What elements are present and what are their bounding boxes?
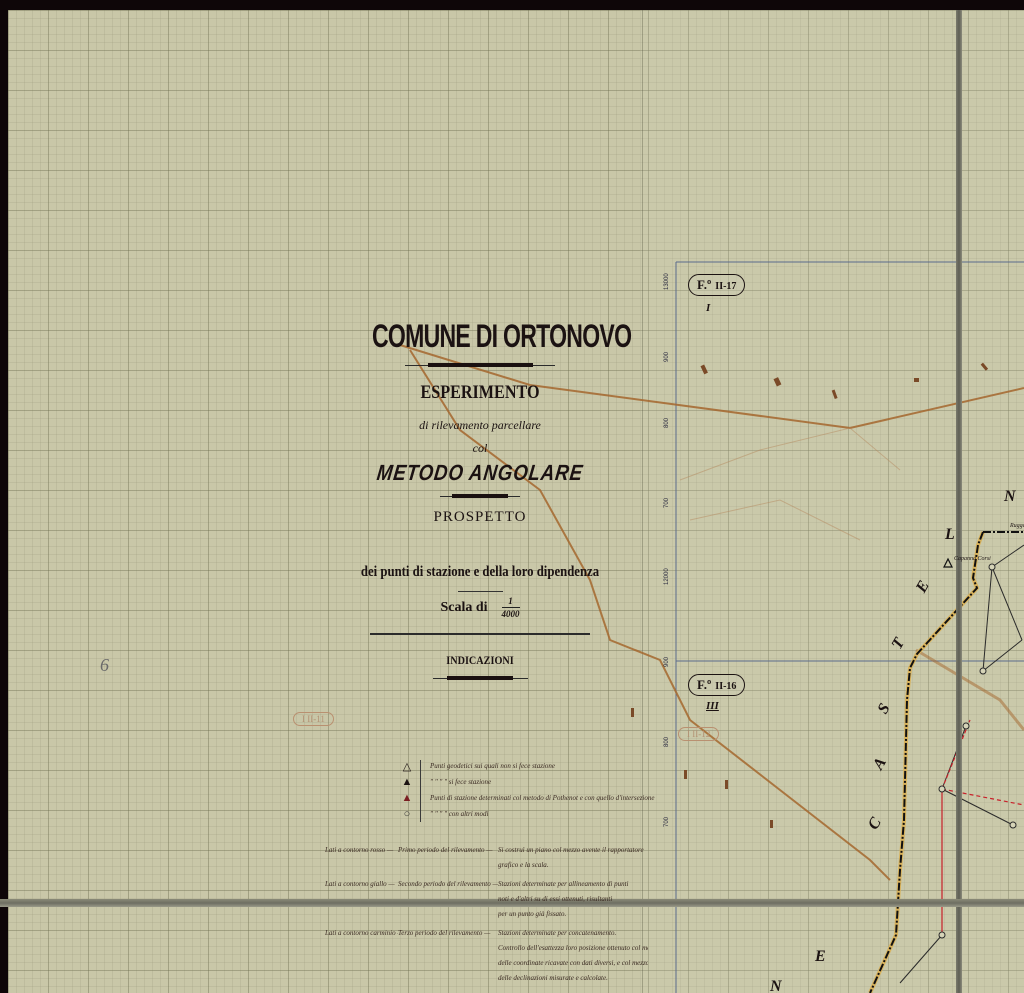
metodo-rule	[440, 494, 520, 499]
scale-rule	[458, 591, 503, 592]
note-row: Lati a contorno carminio — Terzo periodo…	[325, 926, 655, 986]
title-rule	[405, 363, 555, 368]
indicazioni-heading: INDICAZIONI	[353, 653, 608, 668]
survey-notes: Lati a contorno rosso — Primo periodo de…	[325, 843, 655, 990]
place-label: Capanna Corsi	[954, 556, 991, 562]
note-description: Stazioni determinate per concatenamento.…	[498, 926, 648, 986]
circle-station-icon: ○	[398, 808, 416, 820]
note-row: Lati a contorno giallo — Secondo periodo…	[325, 877, 655, 922]
faded-sheet-badge: I II-11	[293, 712, 334, 726]
adjacent-sheet	[640, 10, 1024, 993]
section-rule	[370, 633, 590, 635]
page-mark: 6	[100, 655, 109, 676]
legend-text: " " " " con altri modi	[430, 810, 488, 818]
subtitle-line-2: col	[330, 441, 630, 456]
sheet-badge-ii-17[interactable]: F.ºII-17	[688, 274, 745, 296]
scale-denominator: 4000	[502, 609, 520, 619]
subtitle-line-1: di rilevamento parcellare	[330, 418, 630, 433]
coordinate-label: 800	[664, 737, 670, 747]
note-line: delle coordinate ricavate con dati diver…	[498, 956, 648, 971]
note-description: Si costruì un piano col mezzo avente il …	[498, 843, 648, 873]
legend-text: " " " " si fece stazione	[430, 778, 491, 786]
legend-text: Punti geodetici sui quali non si fece st…	[430, 762, 555, 770]
sheet-roman-numeral: III	[706, 700, 719, 712]
note-color: Lati a contorno giallo —	[325, 877, 398, 922]
coordinate-label: 900	[664, 352, 670, 362]
note-description: Stazioni determinate per allineamento di…	[498, 877, 648, 922]
prospetto-subtitle: dei punti di stazione e della loro dipen…	[353, 564, 608, 581]
note-line: Si costruì un piano col mezzo avente il …	[498, 843, 648, 858]
legend-text: Punti di stazione determinati col metodo…	[430, 794, 655, 802]
coordinate-label: 700	[664, 817, 670, 827]
note-period: Secondo periodo del rilevamento —	[398, 877, 498, 922]
coordinate-label: 12000	[664, 568, 670, 585]
scale-fraction: 1 4000	[502, 596, 520, 619]
map-letter: N	[770, 978, 782, 993]
legend: △ Punti geodetici sui quali non si fece …	[398, 758, 658, 822]
map-letter: L	[945, 526, 955, 544]
coordinate-label: 13000	[664, 273, 670, 290]
note-line: Stazioni determinate per concatenamento.	[498, 926, 648, 941]
note-period: Primo periodo del rilevamento —	[398, 843, 498, 873]
filled-triangle-icon: ▲	[398, 776, 416, 788]
sheet-prefix: F.º	[697, 277, 711, 292]
legend-item: ○ " " " " con altri modi	[398, 806, 658, 822]
sheet-number: II-17	[715, 281, 736, 292]
note-line: noti e d'altri su di essi ottenuti, risu…	[498, 892, 648, 907]
comune-title: COMUNE DI ORTONOVO	[372, 318, 588, 355]
map-letter: N	[1004, 488, 1016, 506]
coordinate-label: 800	[664, 418, 670, 428]
note-line: Controllo dell'esattezza loro posizione …	[498, 941, 648, 956]
red-triangle-icon: ▲	[398, 792, 416, 804]
legend-item: △ Punti geodetici sui quali non si fece …	[398, 758, 658, 774]
map-letter: E	[815, 948, 826, 966]
note-line: grafico e la scala.	[498, 858, 648, 873]
sheet-number: II-16	[715, 681, 736, 692]
title-block: COMUNE DI ORTONOVO ESPERIMENTO di rileva…	[330, 310, 630, 681]
sheet-roman-numeral: I	[706, 302, 710, 314]
metodo-heading: METODO ANGOLARE	[351, 460, 609, 486]
sheet-prefix: F.º	[697, 677, 711, 692]
fold-line-vertical	[956, 10, 962, 993]
legend-item: ▲ " " " " si fece stazione	[398, 774, 658, 790]
esperimento-heading: ESPERIMENTO	[353, 382, 608, 404]
legend-item: ▲ Punti di stazione determinati col meto…	[398, 790, 658, 806]
note-color: Lati a contorno carminio —	[325, 926, 398, 986]
note-period: Terzo periodo del rilevamento —	[398, 926, 498, 986]
coordinate-label: 900	[664, 657, 670, 667]
sheet-badge-ii-16[interactable]: F.ºII-16	[688, 674, 745, 696]
prospetto-heading: PROSPETTO	[330, 509, 630, 526]
note-line: delle declinazioni misurate e calcolate.	[498, 971, 648, 986]
scale-numerator: 1	[508, 596, 513, 606]
place-label: Ruggero	[1010, 523, 1024, 529]
note-line: per un punto già fissato.	[498, 907, 648, 922]
note-line: Stazioni determinate per allineamento di…	[498, 877, 648, 892]
note-row: Lati a contorno rosso — Primo periodo de…	[325, 843, 655, 873]
faded-sheet-badge: I II-12	[678, 727, 719, 741]
scale-text: Scala di	[440, 600, 487, 616]
indicazioni-rule	[433, 676, 528, 681]
scale-label: Scala di 1 4000	[330, 596, 630, 619]
hollow-triangle-icon: △	[398, 760, 416, 773]
note-color: Lati a contorno rosso —	[325, 843, 398, 873]
coordinate-label: 700	[664, 498, 670, 508]
